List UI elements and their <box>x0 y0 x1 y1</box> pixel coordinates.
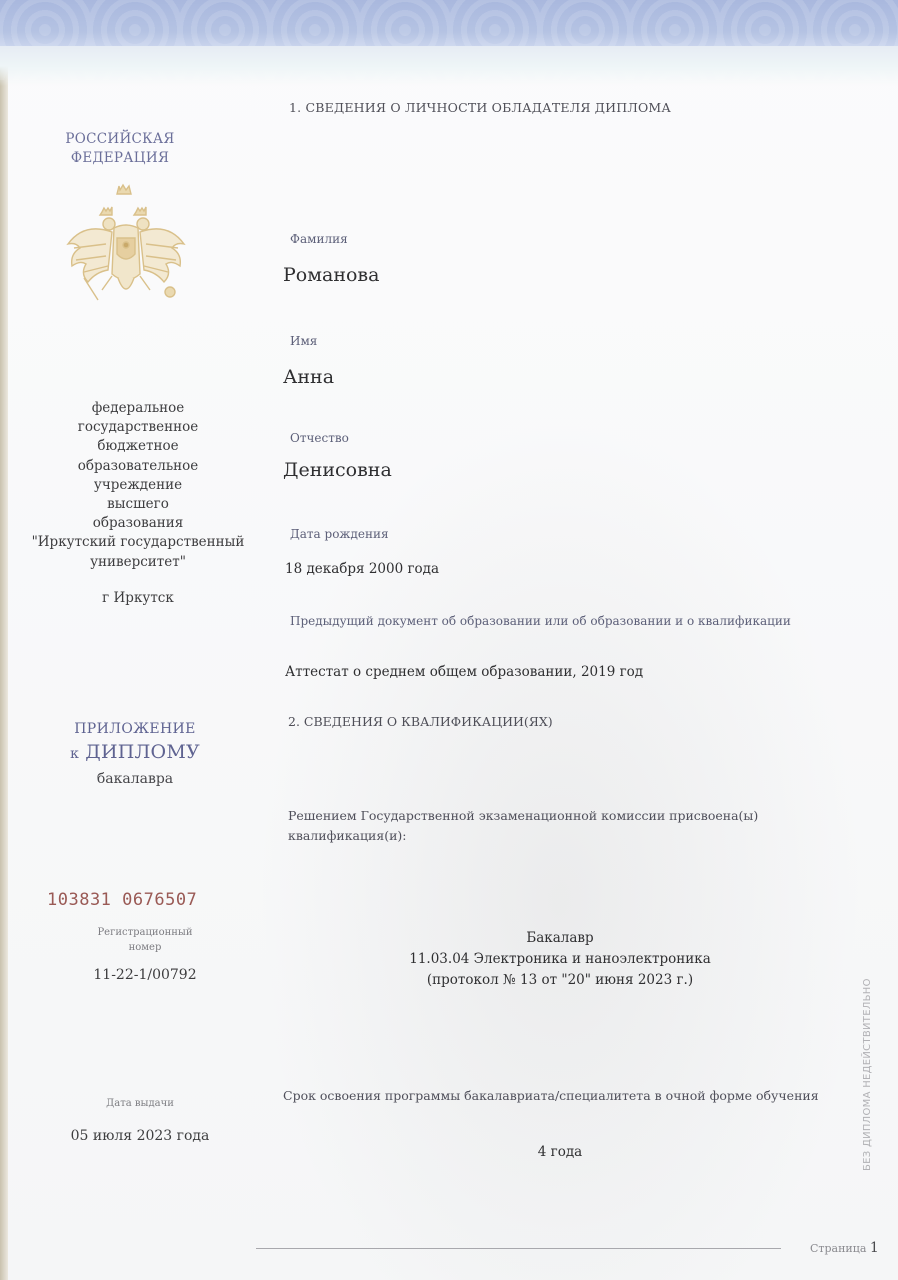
surname-value: Романова <box>283 264 379 286</box>
birth-date-label: Дата рождения <box>290 527 389 541</box>
page-indicator: Страница 1 <box>810 1240 879 1256</box>
institution-line: образования <box>28 514 248 533</box>
country-line-1: РОССИЙСКАЯ <box>55 130 185 149</box>
russian-coat-of-arms-icon <box>62 182 192 310</box>
institution-line: государственное <box>28 418 248 437</box>
institution-line: университет" <box>28 553 248 572</box>
institution-line: бюджетное <box>28 437 248 456</box>
surname-label: Фамилия <box>290 232 348 246</box>
security-band-fade <box>0 46 898 86</box>
paper-edge <box>0 0 8 1280</box>
registration-number: 11-22-1/00792 <box>50 967 240 983</box>
study-term-label: Срок освоения программы бакалавриата/спе… <box>283 1086 823 1106</box>
section-2-title: 2. СВЕДЕНИЯ О КВАЛИФИКАЦИИ(ЯХ) <box>288 714 553 729</box>
birth-date-value: 18 декабря 2000 года <box>285 561 439 577</box>
protocol-reference: (протокол № 13 от "20" июня 2023 г.) <box>380 970 740 991</box>
section-1-title: 1. СВЕДЕНИЯ О ЛИЧНОСТИ ОБЛАДАТЕЛЯ ДИПЛОМ… <box>289 100 671 115</box>
previous-document-value: Аттестат о среднем общем образовании, 20… <box>285 664 643 680</box>
country-line-2: ФЕДЕРАЦИЯ <box>55 149 185 168</box>
appendix-title-line-2: к ДИПЛОМУ <box>30 741 240 763</box>
registration-label-line-1: Регистрационный <box>50 925 240 940</box>
specialty: 11.03.04 Электроника и наноэлектроника <box>380 949 740 970</box>
appendix-title-line-1: ПРИЛОЖЕНИЕ <box>30 721 240 737</box>
qualification-block: Бакалавр 11.03.04 Электроника и наноэлек… <box>380 928 740 991</box>
study-term-value: 4 года <box>380 1144 740 1160</box>
institution-name: федеральное государственное бюджетное об… <box>28 399 248 572</box>
serial-number: 103831 0676507 <box>47 890 197 910</box>
qualification-title: Бакалавр <box>380 928 740 949</box>
name-value: Анна <box>283 366 334 388</box>
name-label: Имя <box>290 334 317 348</box>
validity-notice: БЕЗ ДИПЛОМА НЕДЕЙСТВИТЕЛЬНО <box>862 960 886 1190</box>
country-name: РОССИЙСКАЯ ФЕДЕРАЦИЯ <box>55 130 185 168</box>
issue-date-label: Дата выдачи <box>40 1098 240 1109</box>
diploma-appendix-page: РОССИЙСКАЯ ФЕДЕРАЦИЯ <box>0 0 898 1280</box>
footer-divider <box>256 1248 781 1249</box>
previous-document-label: Предыдущий документ об образовании или о… <box>290 614 791 628</box>
appendix-preposition: к <box>70 746 79 762</box>
page-label: Страница <box>810 1242 866 1255</box>
issue-date: 05 июля 2023 года <box>40 1128 240 1144</box>
institution-line: учреждение <box>28 476 248 495</box>
commission-decision-text: Решением Государственной экзаменационной… <box>288 806 828 846</box>
institution-line: образовательное <box>28 457 248 476</box>
institution-line: "Иркутский государственный <box>28 533 248 552</box>
institution-city: г Иркутск <box>28 590 248 606</box>
degree-level: бакалавра <box>30 771 240 787</box>
patronymic-label: Отчество <box>290 431 349 445</box>
registration-label-line-2: номер <box>50 940 240 955</box>
institution-line: высшего <box>28 495 248 514</box>
page-number: 1 <box>870 1240 879 1256</box>
appendix-diploma-word: ДИПЛОМУ <box>85 741 200 763</box>
institution-line: федеральное <box>28 399 248 418</box>
patronymic-value: Денисовна <box>283 459 392 481</box>
registration-number-label: Регистрационный номер <box>50 925 240 955</box>
